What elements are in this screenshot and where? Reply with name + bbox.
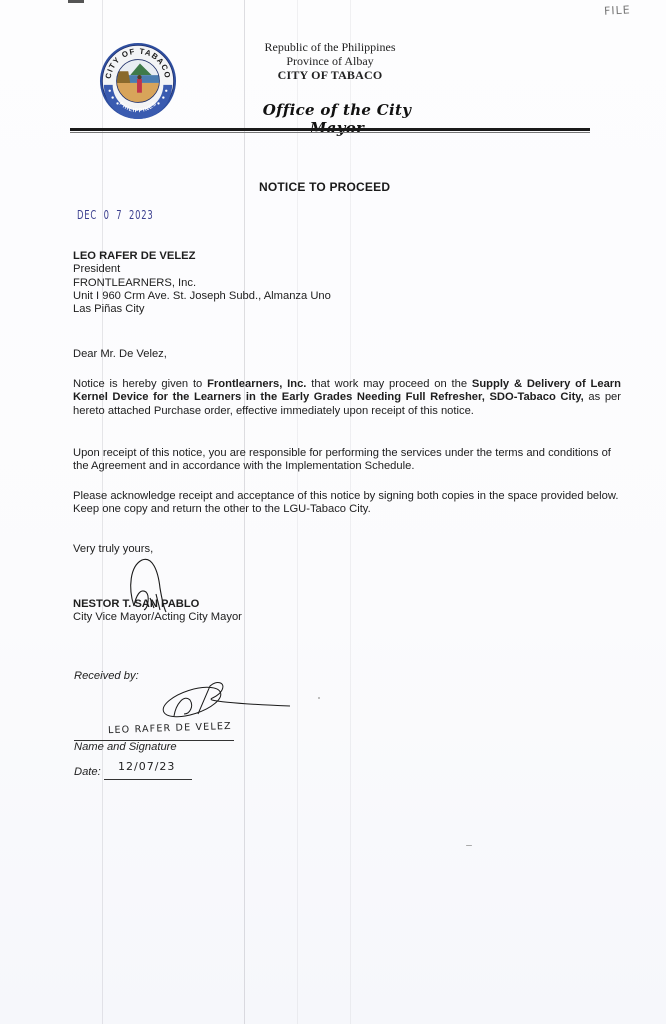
name-and-signature-label: Name and Signature (74, 741, 177, 753)
text: Notice is hereby given to (73, 378, 207, 390)
received-date-stamp: DEC 0 7 2023 (77, 208, 154, 222)
text: that work may proceed on the (306, 378, 471, 390)
addressee-position: President (73, 263, 331, 276)
signatory-name: NESTOR T. SAN PABLO (73, 598, 242, 611)
document-page: FILE CITY OF TABACO PHILIPPINES (0, 0, 666, 1024)
paragraph-notice: Notice is hereby given to Frontlearners,… (73, 378, 621, 418)
city-of-tabaco-seal-icon: CITY OF TABACO PHILIPPINES (99, 42, 177, 120)
province-line: Province of Albay (240, 54, 420, 68)
file-handwritten-note: FILE (604, 3, 631, 17)
date-label: Date: (74, 766, 101, 778)
header-rule (70, 128, 590, 131)
salutation: Dear Mr. De Velez, (73, 348, 167, 361)
scan-speck (318, 697, 320, 699)
handwritten-date: 12/07/23 (118, 760, 175, 773)
recipient-signature-icon (150, 676, 300, 726)
republic-line: Republic of the Philippines (240, 40, 420, 54)
scan-edge-mark (68, 0, 84, 3)
paragraph-responsibility: Upon receipt of this notice, you are res… (73, 447, 621, 474)
document-title: NOTICE TO PROCEED (259, 180, 390, 194)
scan-speck (466, 845, 472, 846)
date-line (104, 779, 192, 780)
received-by-label: Received by: (74, 670, 139, 682)
addressee-address-line1: Unit I 960 Crm Ave. St. Joseph Subd., Al… (73, 290, 331, 303)
letterhead-text: Republic of the Philippines Province of … (240, 40, 420, 82)
addressee-company: FRONTLEARNERS, Inc. (73, 277, 331, 290)
addressee-address-line2: Las Piñas City (73, 303, 331, 316)
signatory-block: NESTOR T. SAN PABLO City Vice Mayor/Acti… (73, 598, 242, 625)
addressee-name: LEO RAFER DE VELEZ (73, 250, 331, 263)
addressee-block: LEO RAFER DE VELEZ President FRONTLEARNE… (73, 250, 331, 316)
recipient-handwritten-name: LEO RAFER DE VELEZ (108, 721, 232, 736)
company-name: Frontlearners, Inc. (207, 378, 306, 390)
header-rule-thin (70, 132, 590, 133)
city-line: CITY OF TABACO (240, 68, 420, 82)
signatory-title: City Vice Mayor/Acting City Mayor (73, 611, 242, 624)
paragraph-acknowledge: Please acknowledge receipt and acceptanc… (73, 490, 621, 517)
